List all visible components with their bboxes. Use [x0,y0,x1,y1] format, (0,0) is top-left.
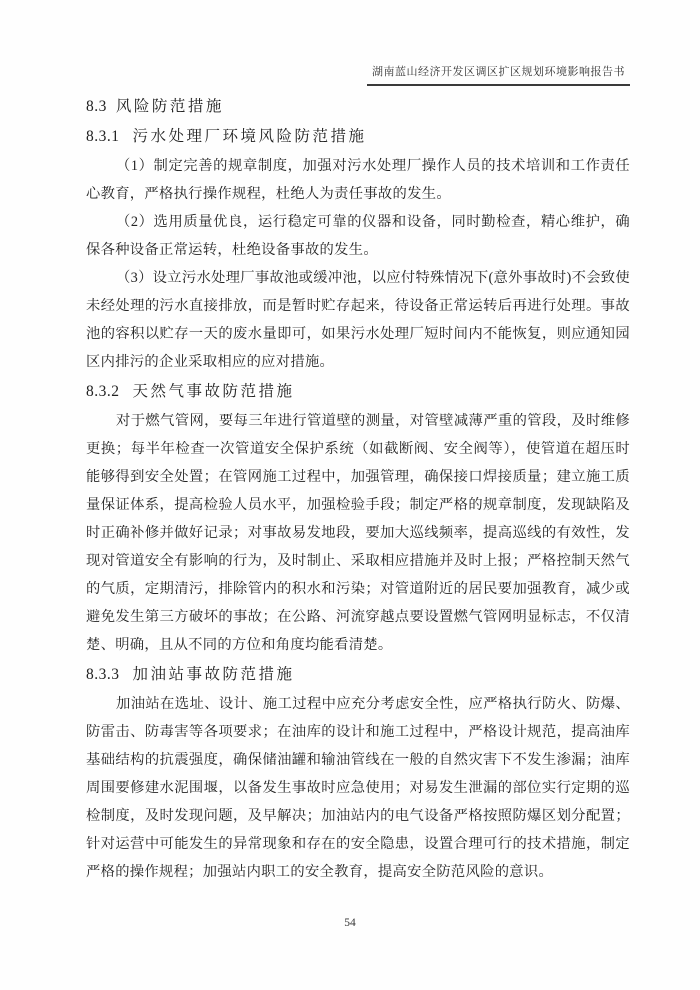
section-heading-8-3: 8.3风险防范措施 [86,93,630,121]
page-number: 54 [344,917,356,929]
section-number: 8.3.3 [86,666,120,683]
paragraph-wastewater-1: （1）制定完善的规章制度，加强对污水处理厂操作人员的技术培训和工作责任心教育，严… [86,152,630,208]
paragraph-wastewater-2: （2）选用质量优良，运行稳定可靠的仪器和设备，同时勤检查，精心维护，确保各种设备… [86,208,630,264]
section-heading-8-3-2: 8.3.2天然气事故防范措施 [86,378,630,406]
section-title: 加油站事故防范措施 [133,666,295,683]
header-title: 湖南蓝山经济开发区调区扩区规划环境影响报告书 [367,55,630,86]
section-title: 污水处理厂环境风险防范措施 [133,128,367,145]
section-title: 风险防范措施 [116,98,224,115]
section-heading-8-3-3: 8.3.3加油站事故防范措施 [86,661,630,689]
document-page: 湖南蓝山经济开发区调区扩区规划环境影响报告书 8.3风险防范措施 8.3.1污水… [0,0,700,990]
section-number: 8.3 [86,98,107,115]
section-heading-8-3-1: 8.3.1污水处理厂环境风险防范措施 [86,123,630,151]
page-footer: 54 [0,917,700,929]
page-content: 湖南蓝山经济开发区调区扩区规划环境影响报告书 8.3风险防范措施 8.3.1污水… [86,55,630,886]
section-number: 8.3.2 [86,383,120,400]
section-number: 8.3.1 [86,128,120,145]
paragraph-gas-station: 加油站在选址、设计、施工过程中应充分考虑安全性，应严格执行防火、防爆、防雷击、防… [86,690,630,886]
paragraph-wastewater-3: （3）设立污水处理厂事故池或缓冲池，以应付特殊情况下(意外事故时)不会致使未经处… [86,264,630,376]
section-title: 天然气事故防范措施 [133,383,295,400]
paragraph-natural-gas: 对于燃气管网，要每三年进行管道壁的测量，对管壁减薄严重的管段，及时维修更换；每半… [86,407,630,659]
page-header: 湖南蓝山经济开发区调区扩区规划环境影响报告书 [86,55,630,85]
